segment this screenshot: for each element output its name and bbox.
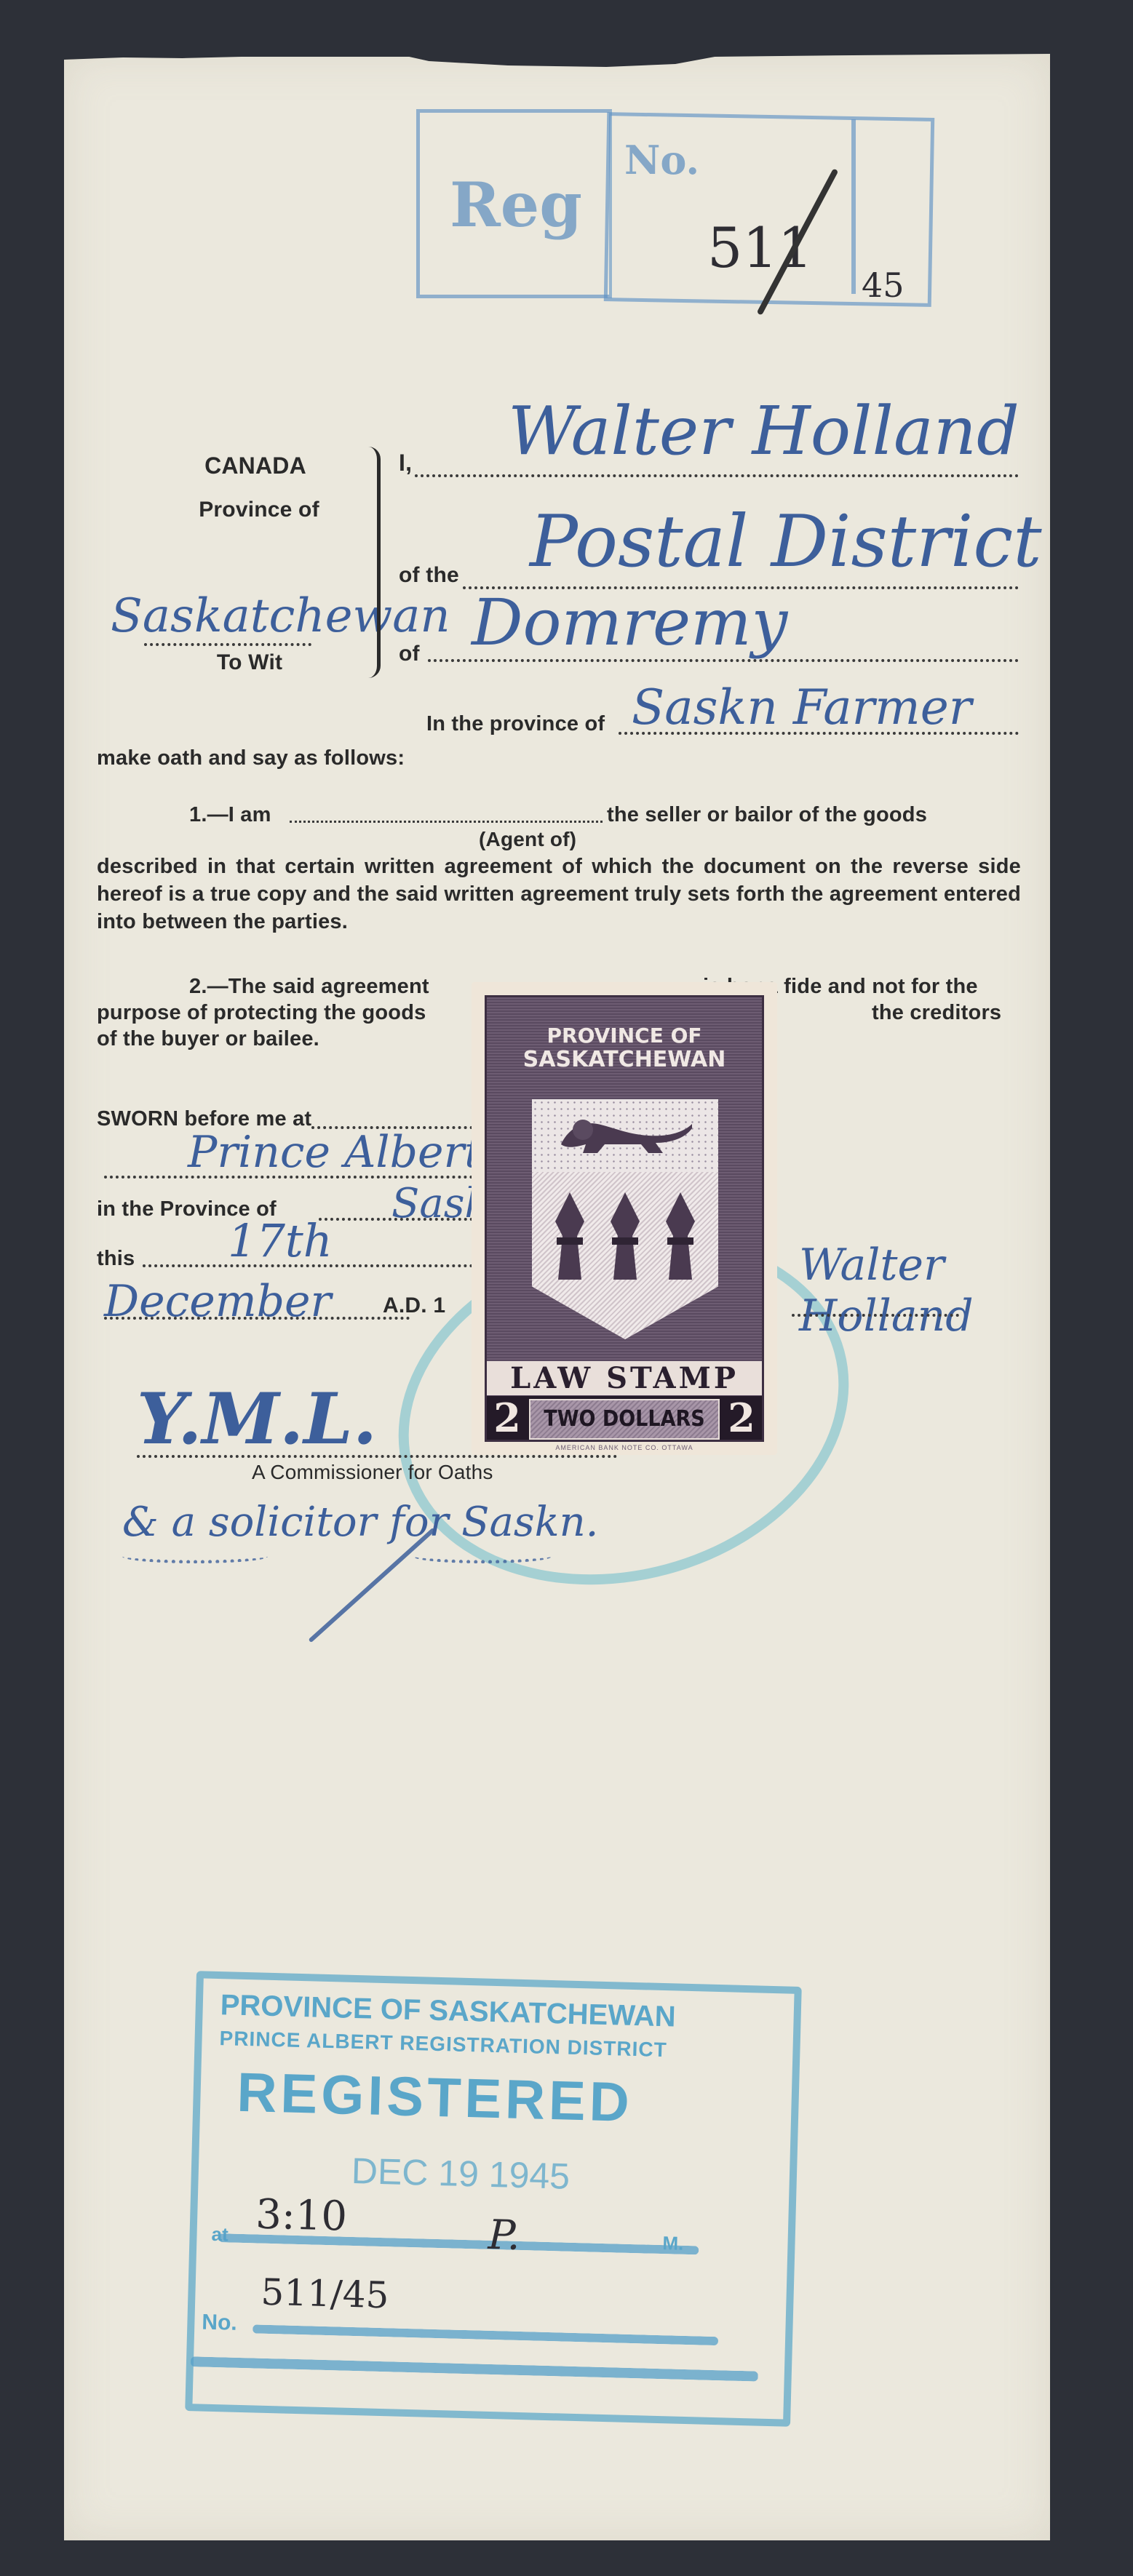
jurat-commissioner-note: & a solicitor for Saskn. — [122, 1499, 598, 1546]
clause1-agent-line — [290, 821, 603, 823]
clause2-line2-right: the creditors — [872, 1001, 1001, 1025]
law-stamp-denomination-row: 2 TWO DOLLARS 2 — [487, 1396, 762, 1440]
deponent-province-value: Saskn Farmer — [632, 679, 971, 735]
law-stamp-title-2: SASKATCHEWAN — [487, 1047, 762, 1072]
jurat-ad-label: A.D. 1 — [383, 1293, 445, 1318]
deponent-name-line — [415, 474, 1019, 477]
lion-icon — [554, 1114, 696, 1157]
reg-year: 45 — [862, 266, 905, 305]
reg-stamp-number: 511/45 — [261, 2271, 389, 2317]
jurat-deponent-signature-line — [792, 1314, 959, 1317]
jurat-commissioner-label: A Commissioner for Oaths — [252, 1461, 493, 1484]
deponent-of-the-value: Postal District — [530, 501, 1042, 583]
venue-province-value: Saskatchewan — [111, 589, 450, 643]
wheat-sheaf-icon — [659, 1185, 702, 1287]
law-stamp-denomination-text: TWO DOLLARS — [529, 1399, 720, 1440]
reg-stamp-bottom-border — [191, 2356, 758, 2381]
deponent-name: Walter Holland — [508, 392, 1019, 470]
wavy-underline-1 — [122, 1550, 268, 1563]
venue-province-label: Province of — [186, 498, 332, 522]
reg-stamp-meridiem: P. — [488, 2212, 521, 2260]
jurat-place-line-2 — [104, 1176, 479, 1179]
jurat-place: Prince Albert — [188, 1127, 482, 1178]
clause1-agent-note: (Agent of) — [479, 828, 576, 851]
clause1-body: described in that certain written agreem… — [97, 853, 1021, 936]
jurat-commissioner-line — [137, 1455, 617, 1458]
reg-stamp-time: 3:10 — [255, 2190, 347, 2240]
venue-province-line — [144, 643, 311, 646]
deponent-of-label: of — [399, 642, 420, 666]
clause2-line2-left: purpose of protecting the goods — [97, 1001, 426, 1025]
reg-stamp-number-line — [253, 2324, 718, 2345]
clause1-suffix: the seller or bailor of the goods — [607, 803, 927, 827]
clause1-prefix: 1.—I am — [189, 803, 271, 827]
reg-label: Reg — [450, 169, 582, 241]
reg-stamp-line3: REGISTERED — [236, 2061, 634, 2134]
deponent-i-label: I, — [399, 450, 412, 476]
law-stamp: PROVINCE OF SASKATCHEWAN LAW STAMP 2 — [472, 982, 777, 1455]
law-stamp-numeral-left: 2 — [488, 1396, 526, 1440]
jurat-this-label: this — [97, 1247, 135, 1271]
reg-stamp-no-label: No. — [202, 2310, 237, 2336]
registration-number-box: Reg No. 511 45 — [416, 109, 934, 313]
law-stamp-shield — [532, 1099, 718, 1339]
venue-country: CANADA — [201, 452, 310, 479]
registration-stamp: PROVINCE OF SASKATCHEWAN PRINCE ALBERT R… — [185, 1971, 802, 2427]
law-stamp-title-1: PROVINCE OF — [487, 1024, 762, 1048]
law-stamp-numeral-right: 2 — [723, 1396, 760, 1440]
jurat-deponent-signature: Walter Holland — [799, 1240, 1050, 1341]
jurat-day: 17th — [228, 1214, 333, 1267]
jurat-commissioner-signature: Y.M.L. — [137, 1378, 377, 1460]
law-stamp-imprint: AMERICAN BANK NOTE CO. OTTAWA — [487, 1444, 762, 1451]
reg-stamp-date: DEC 19 1945 — [351, 2150, 571, 2198]
document-page: Reg No. 511 45 CANADA Province of Saskat… — [64, 54, 1050, 2540]
wheat-sheaf-icon — [603, 1185, 647, 1287]
reg-stamp-m-label: M. — [662, 2232, 684, 2255]
venue-brace — [368, 447, 381, 678]
wheat-sheaf-icon — [548, 1185, 592, 1287]
clause2-line3: of the buyer or bailee. — [97, 1027, 319, 1051]
no-label: No. — [624, 137, 699, 183]
clause2-line1-left: 2.—The said agreement — [189, 975, 429, 999]
deponent-of-the-label: of the — [399, 563, 459, 588]
deponent-province-label: In the province of — [426, 712, 605, 736]
oath-intro: make oath and say as follows: — [97, 746, 405, 770]
jurat-month-line — [104, 1317, 410, 1320]
venue-to-wit: To Wit — [195, 650, 304, 675]
deponent-of-value: Domremy — [472, 585, 787, 660]
wavy-underline-2 — [413, 1550, 552, 1563]
law-stamp-frame: PROVINCE OF SASKATCHEWAN LAW STAMP 2 — [485, 995, 764, 1442]
law-stamp-label: LAW STAMP — [487, 1361, 762, 1395]
